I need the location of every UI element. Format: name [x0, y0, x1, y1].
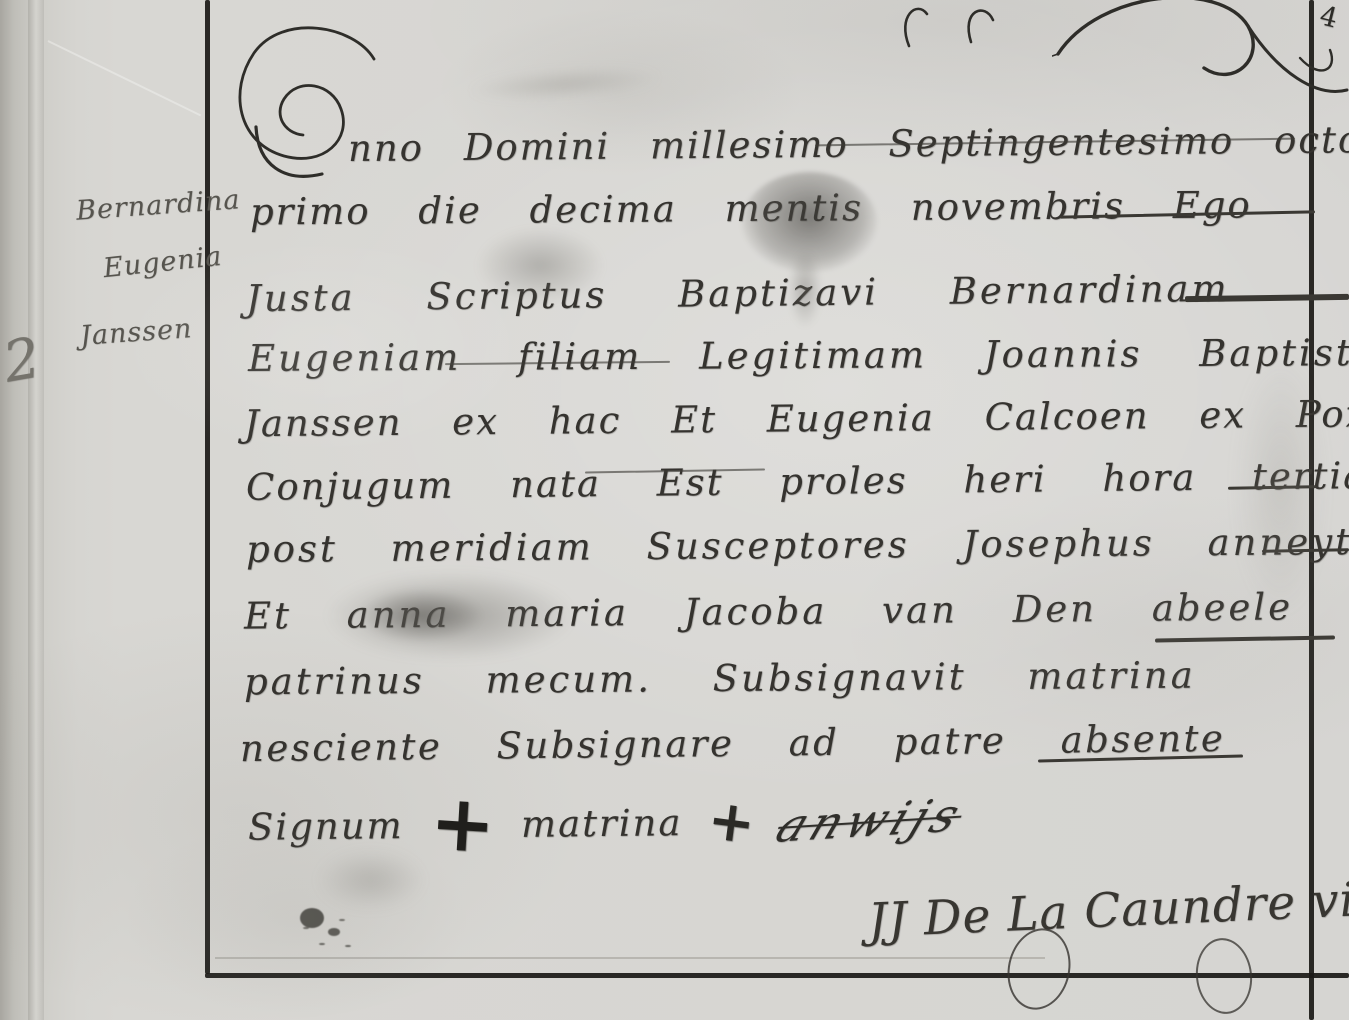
cropped-pen-strokes [895, 0, 1025, 58]
faint-guide-line [215, 957, 1045, 959]
record-line-10: nesciente Subsignare ad patre absente [240, 717, 1226, 770]
binding-crease [28, 0, 44, 1020]
frame-bottom-rule [205, 973, 1349, 978]
paper-shadow-column [1238, 360, 1323, 610]
margin-name-line3: Janssen [79, 313, 193, 352]
corner-crease [48, 40, 202, 116]
signum-word: Signum [248, 804, 404, 849]
line-filler-rule [1185, 294, 1349, 302]
record-line-7: post meridiam Susceptores Josephus anney… [246, 520, 1349, 571]
grey-smudge [478, 228, 603, 303]
record-line-3: Justa Scriptus Baptizavi Bernardinam [246, 267, 1230, 320]
margin-name-line1: Bernardina [75, 184, 241, 226]
matrina-cross-mark: + [427, 784, 497, 866]
faint-stain [318, 850, 423, 910]
matrina-word: matrina [521, 801, 683, 846]
signature-loop-flourish-2 [1192, 935, 1256, 1016]
record-line-4: Eugeniam filiam Legitimam Joannis Baptis… [248, 331, 1349, 380]
record-line-9: patrinus mecum. Subsignavit matrina [244, 654, 1196, 704]
ink-spatter [300, 908, 324, 928]
witness-scrawl: anwijs [769, 787, 972, 852]
baptism-register-page: A 4 Bernardina Eugenia Janssen 2 nno Dom… [0, 0, 1349, 1020]
line-filler-rule [1155, 635, 1335, 642]
faint-streak [469, 63, 660, 104]
name-smudge-core [358, 588, 483, 643]
ink-drip [788, 250, 822, 328]
frame-left-rule [205, 0, 210, 974]
record-line-6: Conjugum nata Est proles heri hora terti… [246, 454, 1349, 509]
record-line-5: Janssen ex hac Et Eugenia Calcoen ex Pox… [244, 392, 1349, 445]
priest-signature: JJ De La Caundre vi C [867, 870, 1349, 949]
second-cross-mark: + [705, 791, 759, 853]
